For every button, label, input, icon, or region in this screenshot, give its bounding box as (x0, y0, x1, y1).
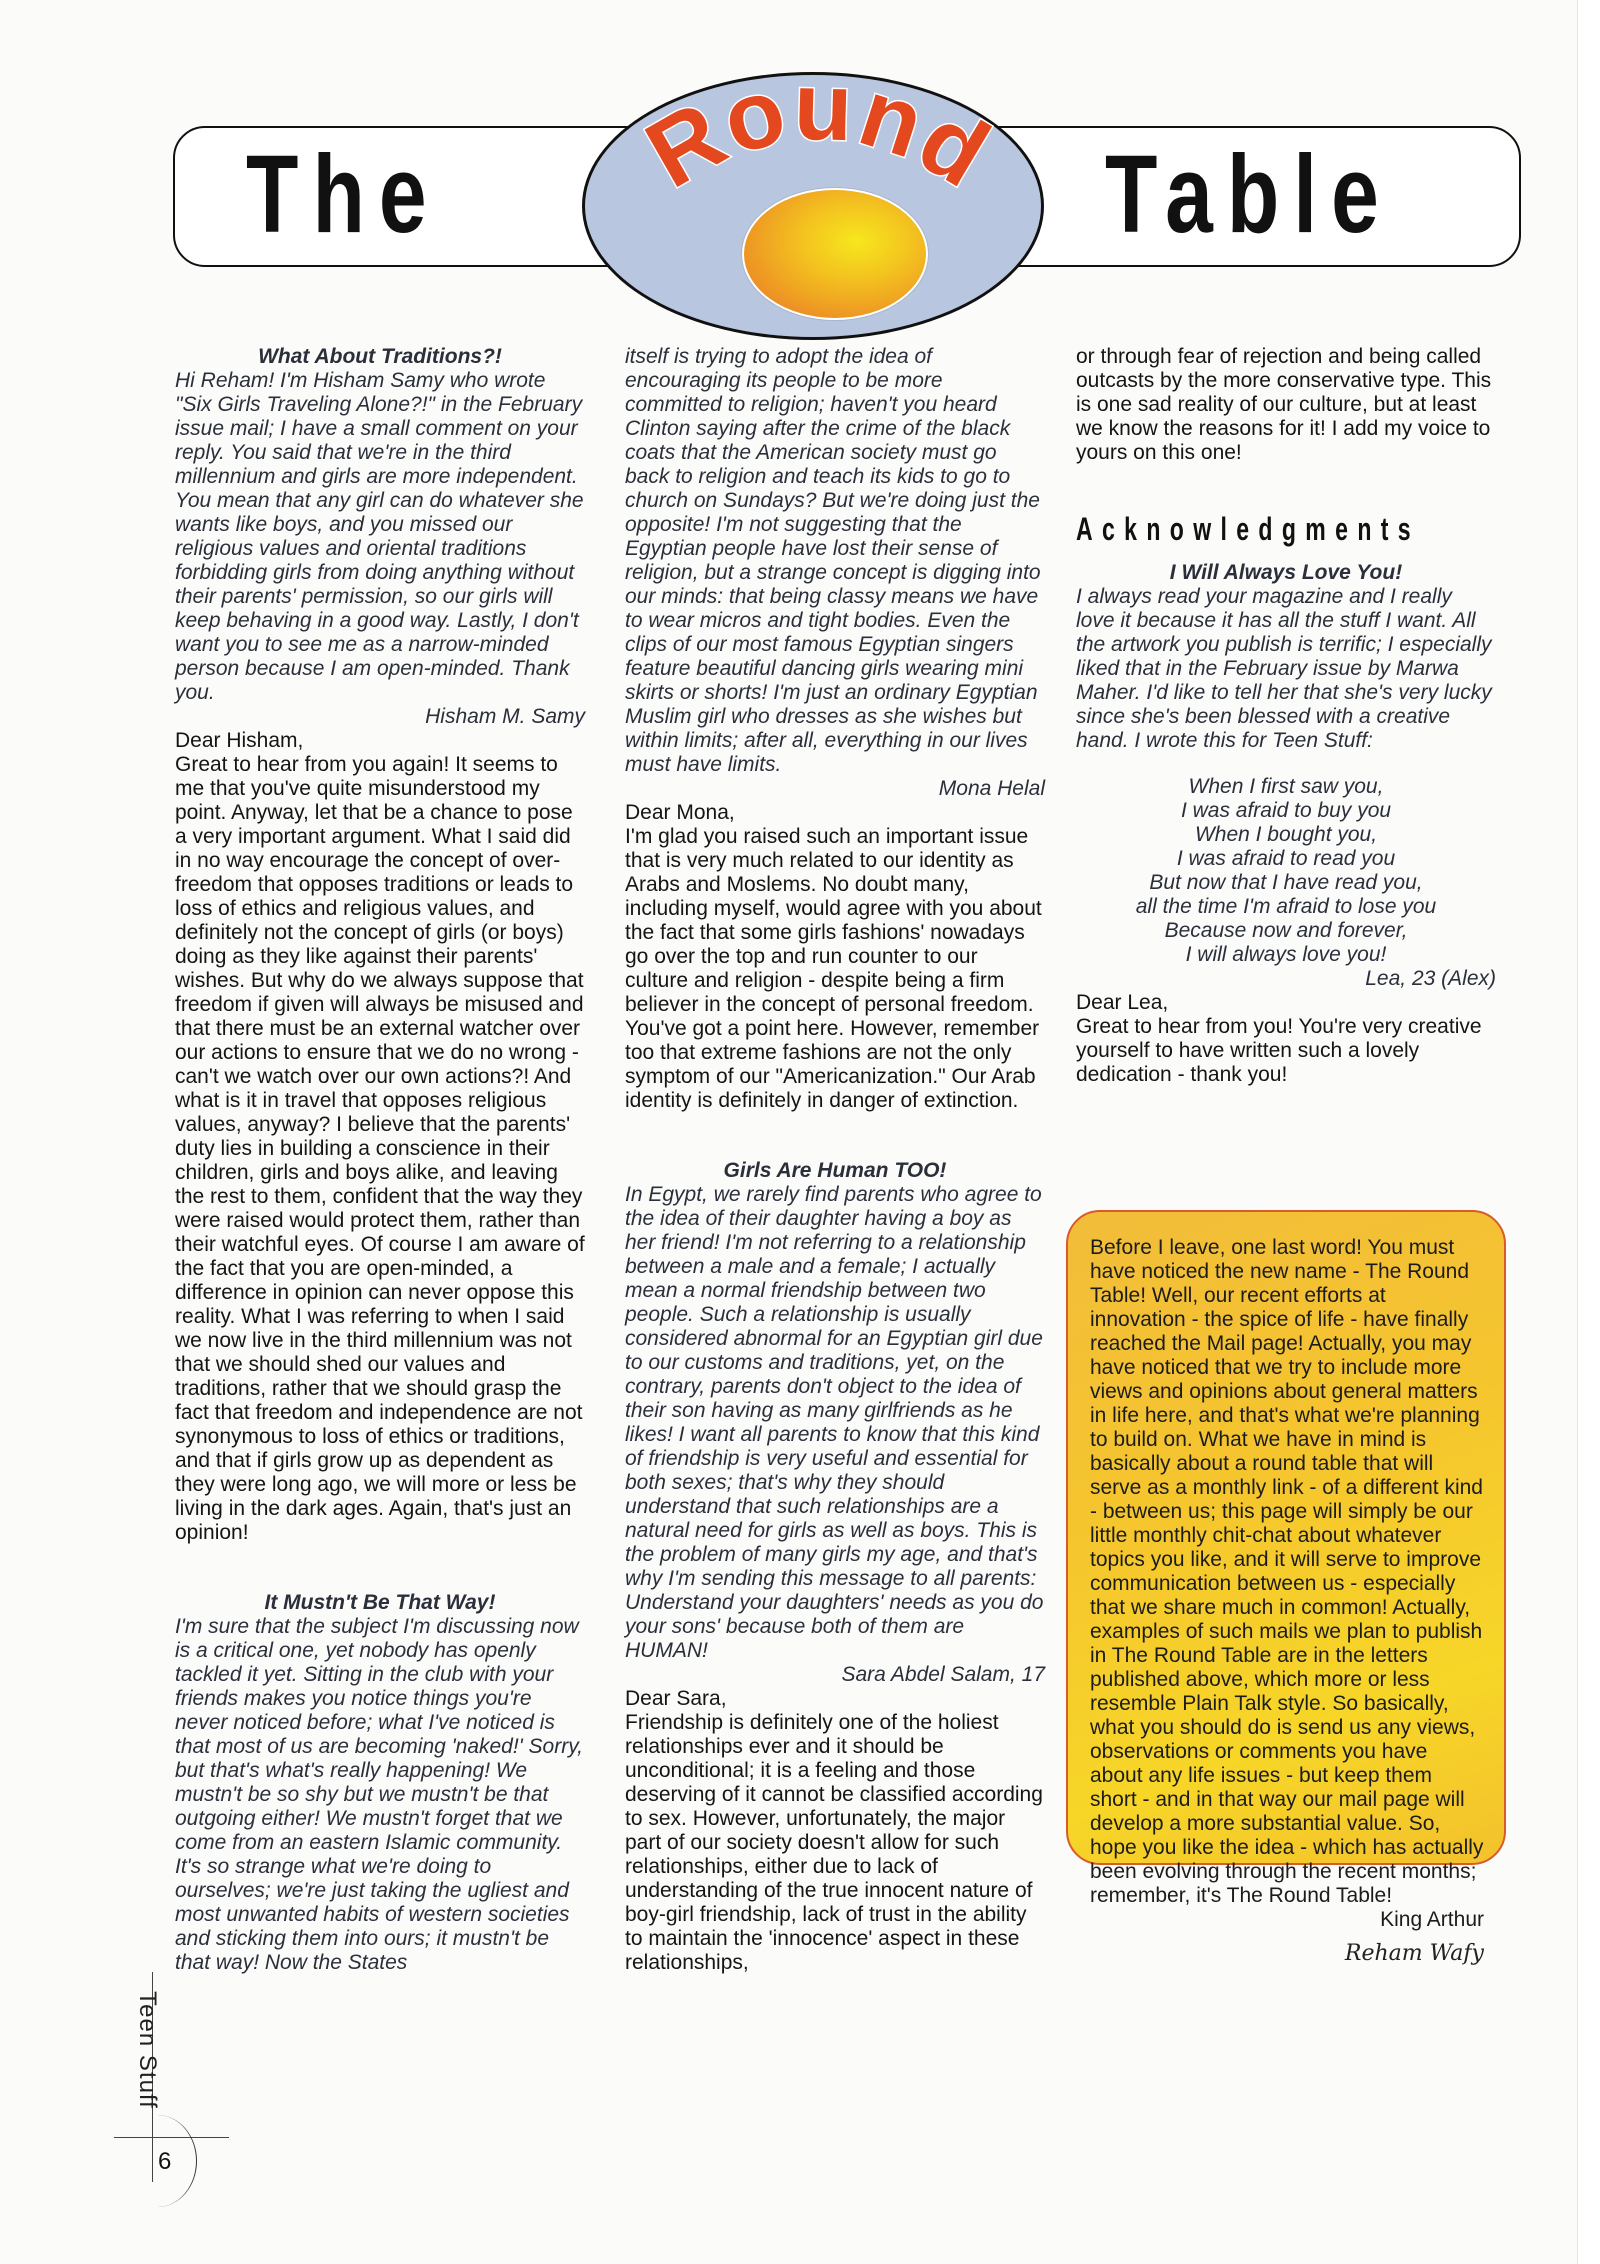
poem-line: When I first saw you, (1076, 775, 1496, 799)
letter-signature: Sara Abdel Salam, 17 (625, 1663, 1045, 1687)
poem: When I first saw you, I was afraid to bu… (1076, 775, 1496, 967)
poem-line: Because now and forever, (1076, 919, 1496, 943)
letter-body-continued: itself is trying to adopt the idea of en… (625, 345, 1045, 777)
footer-brand-text: Teen Stuff (133, 1991, 161, 2109)
column-2: itself is trying to adopt the idea of en… (625, 345, 1045, 1975)
editor-note-box: Before I leave, one last word! You must … (1066, 1210, 1506, 1865)
letter-body: I always read your magazine and I really… (1076, 585, 1496, 753)
reply-salutation: Dear Sara, (625, 1687, 1045, 1711)
editor-note-body: Before I leave, one last word! You must … (1090, 1236, 1484, 1908)
svg-text:Round: Round (629, 53, 1008, 209)
editor-note-signature: King Arthur (1090, 1908, 1484, 1932)
poem-line: I was afraid to buy you (1076, 799, 1496, 823)
letter-body: I'm sure that the subject I'm discussing… (175, 1615, 585, 1975)
letter-body: Hi Reham! I'm Hisham Samy who wrote "Six… (175, 369, 585, 705)
letter-title: I Will Always Love You! (1076, 561, 1496, 585)
reply-body: Friendship is definitely one of the holi… (625, 1711, 1045, 1975)
letter-title: What About Traditions?! (175, 345, 585, 369)
reply-body: Great to hear from you! You're very crea… (1076, 1015, 1496, 1087)
letter-signature: Lea, 23 (Alex) (1076, 967, 1496, 991)
letter-signature: Mona Helal (625, 777, 1045, 801)
letter-title: Girls Are Human TOO! (625, 1159, 1045, 1183)
poem-line: all the time I'm afraid to lose you (1076, 895, 1496, 919)
masthead-word-the: The (246, 130, 441, 260)
poem-line: When I bought you, (1076, 823, 1496, 847)
page-number: 6 (158, 2148, 171, 2176)
footer-brand: Teen Stuff (148, 1968, 174, 2128)
reply-salutation: Dear Hisham, (175, 729, 585, 753)
letter-title: It Mustn't Be That Way! (175, 1591, 585, 1615)
poem-line: I was afraid to read you (1076, 847, 1496, 871)
masthead-word-table: Table (1105, 130, 1393, 260)
reply-salutation: Dear Lea, (1076, 991, 1496, 1015)
section-title-acknowledgments: Acknowledgments (1076, 517, 1378, 541)
reply-salutation: Dear Mona, (625, 801, 1045, 825)
letter-signature: Hisham M. Samy (175, 705, 585, 729)
column-3: or through fear of rejection and being c… (1076, 345, 1496, 1087)
poem-line: But now that I have read you, (1076, 871, 1496, 895)
handwritten-signature: Reham Wafy (1090, 1942, 1484, 1966)
page-edge (1577, 0, 1600, 2264)
reply-body: Great to hear from you again! It seems t… (175, 753, 585, 1545)
reply-body-continued: or through fear of rejection and being c… (1076, 345, 1496, 465)
masthead-word-round: Round (590, 72, 1046, 272)
letter-body: In Egypt, we rarely find parents who agr… (625, 1183, 1045, 1663)
reply-body: I'm glad you raised such an important is… (625, 825, 1045, 1113)
poem-line: I will always love you! (1076, 943, 1496, 967)
column-1: What About Traditions?! Hi Reham! I'm Hi… (175, 345, 585, 1975)
